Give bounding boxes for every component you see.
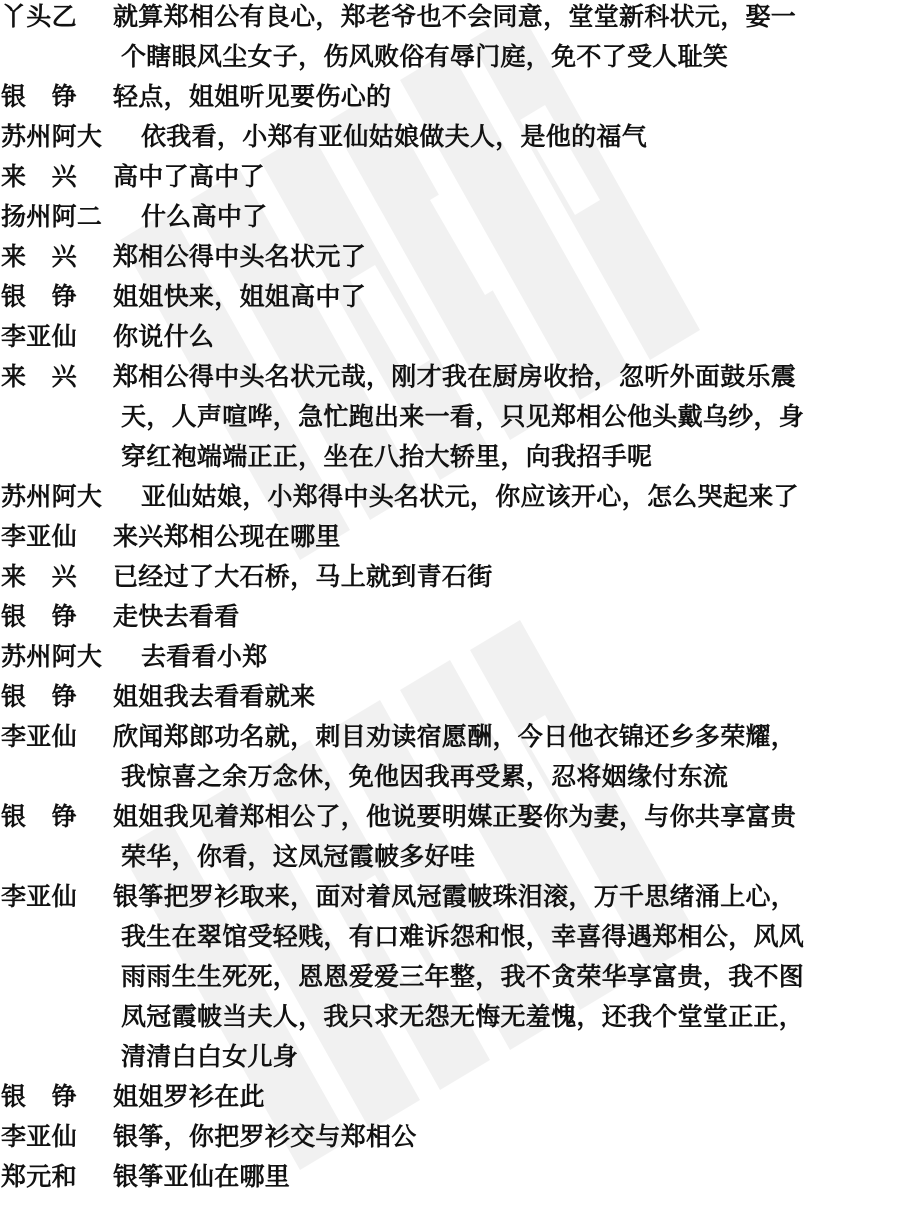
dialogue-line: 来 兴 高中了高中了 xyxy=(0,157,900,197)
dialogue-line: 李亚仙 来兴郑相公现在哪里 xyxy=(0,517,900,557)
dialogue-text: 我生在翠馆受轻贱，有口难诉怨和恨，幸喜得遇郑相公，风风 xyxy=(121,917,804,957)
speaker-name: 银 铮 xyxy=(1,797,77,837)
dialogue-text: 姐姐罗衫在此 xyxy=(113,1077,265,1117)
dialogue-line: 苏州阿大 去看看小郑 xyxy=(0,637,900,677)
dialogue-continuation: 清清白白女儿身 xyxy=(0,1037,900,1077)
dialogue-continuation: 天，人声喧哗，急忙跑出来一看，只见郑相公他头戴乌纱，身 xyxy=(0,397,900,437)
dialogue-continuation: 个瞎眼风尘女子，伤风败俗有辱门庭，免不了受人耻笑 xyxy=(0,37,900,77)
dialogue-continuation: 雨雨生生死死，恩恩爱爱三年整，我不贪荣华享富贵，我不图 xyxy=(0,957,900,997)
dialogue-line: 来 兴 郑相公得中头名状元哉，刚才我在厨房收拾，忽听外面鼓乐震 xyxy=(0,357,900,397)
dialogue-text: 我惊喜之余万念休，免他因我再受累，忍将姻缘付东流 xyxy=(121,757,728,797)
dialogue-text: 你说什么 xyxy=(113,317,214,357)
speaker-name: 李亚仙 xyxy=(1,317,77,357)
dialogue-text: 走快去看看 xyxy=(113,597,240,637)
dialogue-text: 来兴郑相公现在哪里 xyxy=(113,517,341,557)
speaker-name: 李亚仙 xyxy=(1,717,77,757)
speaker-name: 银 铮 xyxy=(1,77,77,117)
dialogue-line: 银 铮 走快去看看 xyxy=(0,597,900,637)
dialogue-line: 银 铮 姐姐快来，姐姐高中了 xyxy=(0,277,900,317)
dialogue-text: 什么高中了 xyxy=(141,197,268,237)
dialogue-text: 姐姐我去看看就来 xyxy=(113,677,315,717)
dialogue-line: 苏州阿大 亚仙姑娘，小郑得中头名状元，你应该开心，怎么哭起来了 xyxy=(0,477,900,517)
dialogue-continuation: 我生在翠馆受轻贱，有口难诉怨和恨，幸喜得遇郑相公，风风 xyxy=(0,917,900,957)
dialogue-line: 扬州阿二 什么高中了 xyxy=(0,197,900,237)
dialogue-continuation: 我惊喜之余万念休，免他因我再受累，忍将姻缘付东流 xyxy=(0,757,900,797)
dialogue-continuation: 凤冠霞帔当夫人，我只求无怨无悔无羞愧，还我个堂堂正正， xyxy=(0,997,900,1037)
dialogue-text: 已经过了大石桥，马上就到青石街 xyxy=(113,557,493,597)
dialogue-line: 银 铮 轻点，姐姐听见要伤心的 xyxy=(0,77,900,117)
dialogue-line: 来 兴 郑相公得中头名状元了 xyxy=(0,237,900,277)
dialogue-text: 郑相公得中头名状元哉，刚才我在厨房收拾，忽听外面鼓乐震 xyxy=(113,357,796,397)
speaker-name: 银 铮 xyxy=(1,597,77,637)
dialogue-text: 亚仙姑娘，小郑得中头名状元，你应该开心，怎么哭起来了 xyxy=(141,477,799,517)
dialogue-line: 郑元和 银筝亚仙在哪里 xyxy=(0,1157,900,1197)
dialogue-continuation: 荣华，你看，这凤冠霞帔多好哇 xyxy=(0,837,900,877)
dialogue-text: 凤冠霞帔当夫人，我只求无怨无悔无羞愧，还我个堂堂正正， xyxy=(121,997,804,1037)
dialogue-text: 个瞎眼风尘女子，伤风败俗有辱门庭，免不了受人耻笑 xyxy=(121,37,728,77)
speaker-name: 苏州阿大 xyxy=(1,637,102,677)
speaker-name: 李亚仙 xyxy=(1,877,77,917)
dialogue-line: 银 铮 姐姐罗衫在此 xyxy=(0,1077,900,1117)
dialogue-text: 高中了高中了 xyxy=(113,157,265,197)
dialogue-text: 姐姐我见着郑相公了，他说要明媒正娶你为妻，与你共享富贵 xyxy=(113,797,796,837)
speaker-name: 李亚仙 xyxy=(1,1117,77,1157)
dialogue-text: 依我看，小郑有亚仙姑娘做夫人，是他的福气 xyxy=(141,117,647,157)
dialogue-text: 轻点，姐姐听见要伤心的 xyxy=(113,77,391,117)
speaker-name: 来 兴 xyxy=(1,357,77,397)
script-body: 丫头乙 就算郑相公有良心，郑老爷也不会同意，堂堂新科状元，娶一 个瞎眼风尘女子，… xyxy=(0,0,900,1197)
dialogue-text: 荣华，你看，这凤冠霞帔多好哇 xyxy=(121,837,475,877)
dialogue-text: 银筝，你把罗衫交与郑相公 xyxy=(113,1117,417,1157)
dialogue-line: 银 铮 姐姐我见着郑相公了，他说要明媒正娶你为妻，与你共享富贵 xyxy=(0,797,900,837)
dialogue-text: 姐姐快来，姐姐高中了 xyxy=(113,277,366,317)
speaker-name: 苏州阿大 xyxy=(1,477,102,517)
speaker-name: 银 铮 xyxy=(1,677,77,717)
dialogue-line: 银 铮 姐姐我去看看就来 xyxy=(0,677,900,717)
dialogue-text: 就算郑相公有良心，郑老爷也不会同意，堂堂新科状元，娶一 xyxy=(113,0,796,37)
dialogue-text: 银筝把罗衫取来，面对着凤冠霞帔珠泪滚，万千思绪涌上心， xyxy=(113,877,796,917)
speaker-name: 郑元和 xyxy=(1,1157,77,1197)
dialogue-line: 李亚仙 欣闻郑郎功名就，刺目劝读宿愿酬，今日他衣锦还乡多荣耀， xyxy=(0,717,900,757)
speaker-name: 苏州阿大 xyxy=(1,117,102,157)
speaker-name: 银 铮 xyxy=(1,277,77,317)
speaker-name: 丫头乙 xyxy=(1,0,77,37)
dialogue-text: 欣闻郑郎功名就，刺目劝读宿愿酬，今日他衣锦还乡多荣耀， xyxy=(113,717,796,757)
speaker-name: 来 兴 xyxy=(1,557,77,597)
dialogue-text: 去看看小郑 xyxy=(141,637,268,677)
dialogue-line: 李亚仙 银筝把罗衫取来，面对着凤冠霞帔珠泪滚，万千思绪涌上心， xyxy=(0,877,900,917)
speaker-name: 来 兴 xyxy=(1,157,77,197)
speaker-name: 扬州阿二 xyxy=(1,197,102,237)
speaker-name: 李亚仙 xyxy=(1,517,77,557)
dialogue-text: 银筝亚仙在哪里 xyxy=(113,1157,290,1197)
dialogue-continuation: 穿红袍端端正正，坐在八抬大轿里，向我招手呢 xyxy=(0,437,900,477)
speaker-name: 来 兴 xyxy=(1,237,77,277)
dialogue-line: 丫头乙 就算郑相公有良心，郑老爷也不会同意，堂堂新科状元，娶一 xyxy=(0,0,900,37)
dialogue-line: 苏州阿大 依我看，小郑有亚仙姑娘做夫人，是他的福气 xyxy=(0,117,900,157)
dialogue-line: 来 兴 已经过了大石桥，马上就到青石街 xyxy=(0,557,900,597)
dialogue-line: 李亚仙 你说什么 xyxy=(0,317,900,357)
dialogue-text: 郑相公得中头名状元了 xyxy=(113,237,366,277)
speaker-name: 银 铮 xyxy=(1,1077,77,1117)
dialogue-text: 穿红袍端端正正，坐在八抬大轿里，向我招手呢 xyxy=(121,437,652,477)
dialogue-text: 清清白白女儿身 xyxy=(121,1037,298,1077)
dialogue-line: 李亚仙 银筝，你把罗衫交与郑相公 xyxy=(0,1117,900,1157)
dialogue-text: 天，人声喧哗，急忙跑出来一看，只见郑相公他头戴乌纱，身 xyxy=(121,397,804,437)
dialogue-text: 雨雨生生死死，恩恩爱爱三年整，我不贪荣华享富贵，我不图 xyxy=(121,957,804,997)
